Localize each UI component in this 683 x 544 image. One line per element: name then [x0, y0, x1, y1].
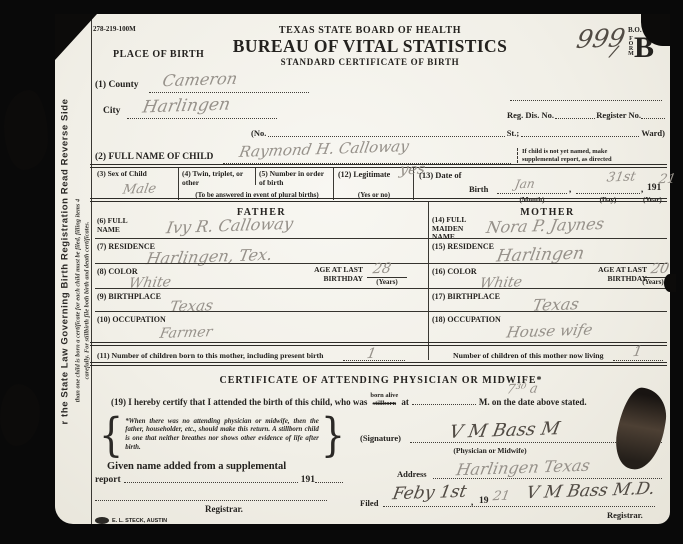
scan-edge-mark: [664, 274, 676, 292]
father-birthplace-label: (9) BIRTHPLACE: [97, 292, 161, 301]
children-born-label: (11) Number of children born to this mot…: [97, 351, 324, 360]
father-age-note: (Years): [367, 278, 407, 286]
right-registrar-label: Registrar.: [607, 510, 643, 520]
father-name-label: (6) FULL NAME: [97, 217, 149, 234]
birth-time-value: 7³⁰ a: [506, 381, 539, 397]
birth-day-line: [576, 193, 640, 194]
stillborn-option-struck: stillborn: [370, 400, 398, 408]
father-occupation-value: Farmer: [158, 324, 213, 342]
stats-divider-3: [333, 168, 334, 200]
street-no-label: (No.: [251, 128, 266, 138]
father-rule-1: [95, 238, 428, 239]
father-color-value: White: [127, 274, 172, 291]
margin-divider-line: [91, 14, 92, 524]
mother-rule-3: [429, 288, 667, 289]
registration-row: Reg. Dis. No. Register No.: [507, 110, 665, 120]
filed-year-printed: 19: [479, 496, 489, 506]
father-age-value: 28: [372, 261, 393, 278]
city-value: Harlingen: [141, 94, 232, 117]
street-st-label: St.;: [507, 128, 520, 138]
unnamed-child-note-line1: If child is not yet named, make: [522, 148, 612, 156]
unnamed-child-note-line2: supplemental report, as directed: [522, 156, 612, 164]
margin-instruction-small: than one child is born a certificate for…: [75, 111, 92, 491]
twin-label: (4) Twin, triplet, or other: [182, 170, 248, 187]
ink-blot-left-bottom: [0, 384, 40, 446]
register-line: [641, 118, 665, 119]
birth-order-label: (5) Number in order of birth: [259, 170, 329, 187]
report-line: [124, 482, 298, 483]
filed-comma: ,: [471, 497, 473, 507]
given-name-supplemental-line: Given name added from a supplemental: [107, 461, 286, 472]
city-line: [127, 118, 277, 119]
county-line: [149, 92, 309, 93]
birth-month-line: [497, 193, 567, 194]
at-label: at: [401, 397, 409, 407]
born-alive-option: born alive: [370, 392, 398, 400]
born-alive-stillborn-stack: born alive stillborn: [370, 392, 398, 407]
footnote-text: *When there was no attending physician o…: [123, 418, 321, 452]
board-title: TEXAS STATE BOARD OF HEALTH: [205, 25, 535, 36]
mother-occupation-value: House wife: [505, 321, 594, 342]
report-row: report 191: [95, 475, 343, 485]
rule-above-parents: [90, 198, 667, 202]
filed-line: [383, 506, 655, 507]
children-living-line: [613, 360, 663, 361]
date-comma-1: ,: [569, 184, 571, 194]
signature-label: (Signature): [360, 433, 401, 443]
children-living-value: 1: [632, 344, 644, 360]
mother-rule-2: [429, 263, 667, 264]
physician-section-title: CERTIFICATE OF ATTENDING PHYSICIAN OR MI…: [95, 375, 667, 386]
registration-blank-line: [510, 100, 662, 101]
father-name-value: Ivy R. Calloway: [165, 214, 295, 237]
filed-label: Filed: [360, 498, 378, 508]
printer-mark: E. L. STECK, AUSTIN: [95, 517, 167, 524]
left-registrar-line: [95, 500, 327, 501]
birth-label: Birth: [469, 184, 488, 194]
date-comma-2: ,: [641, 184, 643, 194]
children-living-label: Number of children of this mother now li…: [453, 351, 604, 360]
sex-label: (3) Sex of Child: [97, 170, 149, 179]
footnote-brace-close: }: [321, 413, 345, 456]
bureau-title: BUREAU OF VITAL STATISTICS: [205, 36, 535, 57]
rule-above-stats: [90, 164, 667, 168]
printer-name: E. L. STECK, AUSTIN: [112, 518, 167, 524]
child-name-label: (2) FULL NAME OF CHILD: [95, 152, 213, 162]
certificate-number-handwritten: 999: [574, 23, 627, 54]
birth-month-value: Jan: [514, 177, 536, 192]
legitimate-label: (12) Legitimate: [338, 170, 390, 179]
certificate-subtitle: STANDARD CERTIFICATE OF BIRTH: [205, 57, 535, 67]
form-number: 278-219-100M: [93, 25, 136, 33]
filed-signature-value: V M Bass M.D.: [525, 479, 657, 503]
mother-residence-label: (15) RESIDENCE: [432, 242, 494, 251]
street-ward-label: Ward): [641, 128, 665, 138]
register-label: Register No.: [596, 110, 641, 120]
certificate-paper: r the State Law Governing Birth Registra…: [55, 14, 670, 524]
father-rule-4: [95, 311, 428, 312]
rule-above-counts: [90, 342, 667, 346]
certify-row: (19) I hereby certify that I attended th…: [111, 392, 663, 407]
stats-divider-1: [178, 168, 179, 200]
city-label: City: [103, 106, 120, 116]
birth-day-value: 31st: [606, 170, 637, 186]
county-value: Cameron: [161, 69, 239, 91]
margin-small-line1: than one child is born a certificate for…: [75, 111, 84, 491]
child-name-value: Raymond H. Calloway: [238, 137, 411, 161]
stats-divider-2: [255, 168, 256, 185]
time-line: [412, 404, 476, 405]
date-of-label: (13) Date of: [419, 170, 461, 180]
unnamed-child-note: If child is not yet named, make suppleme…: [517, 148, 612, 163]
reg-dis-label: Reg. Dis. No.: [507, 110, 554, 120]
signature-note: (Physician or Midwife): [410, 446, 570, 455]
left-registrar-label: Registrar.: [205, 504, 243, 514]
footnote-brace-open: {: [99, 413, 123, 456]
report-label: report: [95, 475, 121, 485]
father-color-label: (8) COLOR: [97, 267, 138, 276]
filed-year-value: 21: [492, 489, 511, 505]
ink-blot-left-top: [4, 90, 48, 170]
mother-birthplace-label: (17) BIRTHPLACE: [432, 292, 500, 301]
certify-text: (19) I hereby certify that I attended th…: [111, 397, 367, 407]
counts-divider: [428, 346, 429, 360]
reg-dis-line: [555, 118, 595, 119]
mother-color-label: (16) COLOR: [432, 267, 477, 276]
signature-value: V M Bass M: [448, 418, 562, 443]
address-label: Address: [397, 469, 427, 479]
certify-text-end: M. on the date above stated.: [479, 397, 587, 407]
mother-rule-4: [429, 311, 667, 312]
header-block: TEXAS STATE BOARD OF HEALTH BUREAU OF VI…: [205, 25, 535, 67]
rule-below-counts: [90, 362, 667, 366]
street-no-line: [268, 136, 504, 137]
father-residence-value: Harlingen, Tex.: [145, 245, 274, 268]
father-rule-3: [95, 288, 428, 289]
scanned-birth-certificate: r the State Law Governing Birth Registra…: [0, 0, 683, 544]
margin-instruction-large: r the State Law Governing Birth Registra…: [60, 62, 71, 462]
mother-color-value: White: [478, 274, 523, 291]
father-birthplace-value: Texas: [168, 296, 214, 315]
filed-date-value: Feby 1st: [391, 482, 468, 505]
birth-year-value: 21: [658, 172, 677, 188]
street-row: (No. St.; Ward): [251, 128, 665, 138]
footnote-block: { *When there was no attending physician…: [99, 417, 345, 453]
report-year-printed: 191: [301, 475, 315, 485]
place-of-birth-label: PLACE OF BIRTH: [113, 49, 204, 60]
county-label: (1) County: [95, 80, 139, 90]
printer-logo-icon: [95, 517, 109, 524]
address-value: Harlingen Texas: [455, 456, 592, 480]
mother-occupation-label: (18) OCCUPATION: [432, 315, 501, 324]
father-age-label: AGE AT LAST BIRTHDAY: [303, 266, 363, 283]
mother-name-value: Nora P. Jaynes: [485, 214, 606, 237]
sex-value: Male: [122, 181, 158, 197]
father-residence-label: (7) RESIDENCE: [97, 242, 155, 251]
father-occupation-label: (10) OCCUPATION: [97, 315, 166, 324]
report-year-line: [315, 482, 343, 483]
parents-center-divider: [428, 202, 429, 346]
mother-rule-1: [429, 238, 667, 239]
street-ward-line: [521, 136, 639, 137]
